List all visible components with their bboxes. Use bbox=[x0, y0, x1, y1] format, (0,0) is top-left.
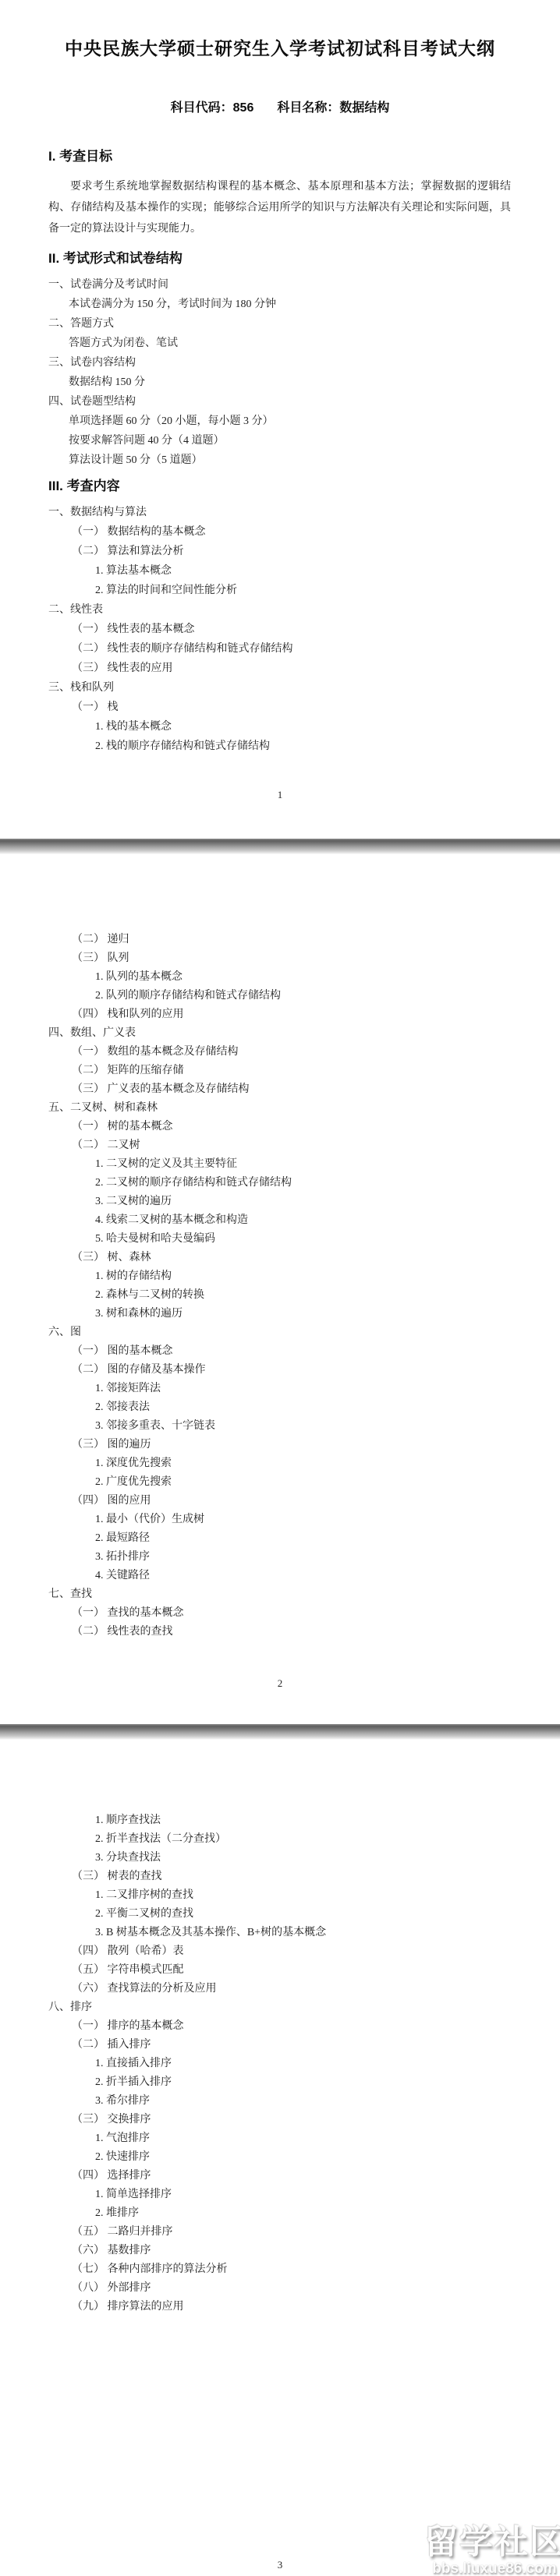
outline-item-level2: （一） 数组的基本概念及存储结构 bbox=[0, 1043, 560, 1062]
outline-item-level3: 2. 邻接表法 bbox=[0, 1398, 560, 1417]
outline-item-level2: （三） 树表的查找 bbox=[0, 1868, 560, 1886]
outline-item-level3: 4. 关键路径 bbox=[0, 1567, 560, 1585]
outline-item-level3: 1. 栈的基本概念 bbox=[0, 717, 560, 737]
paragraph-line: 算法设计题 50 分（5 道题） bbox=[0, 451, 560, 470]
outline-item-level2: （三） 交换排序 bbox=[0, 2111, 560, 2129]
outline-item-level2: （一） 线性表的基本概念 bbox=[0, 620, 560, 639]
page-content: （二） 递归（三） 队列1. 队列的基本概念2. 队列的顺序存储结构和链式存储结… bbox=[0, 931, 560, 1641]
outline-item-level3: 2. 最短路径 bbox=[0, 1529, 560, 1548]
outline-item-level2: （九） 排序算法的应用 bbox=[0, 2298, 560, 2316]
outline-item-level3: 2. 堆排序 bbox=[0, 2204, 560, 2223]
page-3: 1. 顺序查找法2. 折半查找法（二分查找）3. 分块查找法（三） 树表的查找1… bbox=[0, 1740, 560, 2576]
page-content: 中央民族大学硕士研究生入学考试初试科目考试大纲科目代码：856科目名称：数据结构… bbox=[0, 36, 560, 756]
section-heading: II. 考试形式和试卷结构 bbox=[48, 249, 560, 269]
outline-item-level3: 2. 平衡二叉树的查找 bbox=[0, 1905, 560, 1924]
outline-item-level2: （三） 队列 bbox=[0, 949, 560, 968]
outline-item-level2: （六） 基数排序 bbox=[0, 2242, 560, 2260]
outline-item-level1: 二、线性表 bbox=[0, 600, 560, 620]
outline-item-level2: （三） 图的遍历 bbox=[0, 1436, 560, 1454]
outline-item-level3: 3. 邻接多重表、十字链表 bbox=[0, 1417, 560, 1436]
paragraph-line: 本试卷满分为 150 分，考试时间为 180 分钟 bbox=[0, 295, 560, 314]
subject-code: 科目代码：856 bbox=[171, 100, 254, 117]
section-heading: III. 考查内容 bbox=[48, 476, 560, 496]
outline-item-level1: 四、数组、广义表 bbox=[0, 1024, 560, 1043]
outline-item-level3: 2. 折半查找法（二分查找） bbox=[0, 1830, 560, 1849]
page-number: 3 bbox=[0, 2559, 560, 2571]
outline-item-level2: （二） 二叉树 bbox=[0, 1136, 560, 1155]
outline-item-level1: 八、排序 bbox=[0, 1998, 560, 2017]
outline-item-level3: 1. 二叉排序树的查找 bbox=[0, 1886, 560, 1905]
outline-item-level3: 3. 希尔排序 bbox=[0, 2092, 560, 2111]
outline-item-level2: （二） 线性表的顺序存储结构和链式存储结构 bbox=[0, 639, 560, 659]
page-separator bbox=[0, 839, 560, 854]
outline-item-level2: （四） 图的应用 bbox=[0, 1492, 560, 1511]
outline-item-level3: 1. 气泡排序 bbox=[0, 2129, 560, 2148]
outline-item-level2: （二） 算法和算法分析 bbox=[0, 542, 560, 561]
paragraph-line: 单项选择题 60 分（20 小题，每小题 3 分） bbox=[0, 412, 560, 431]
outline-item-level2: （一） 排序的基本概念 bbox=[0, 2017, 560, 2036]
outline-item-level2: （二） 线性表的查找 bbox=[0, 1623, 560, 1641]
paragraph-line: 按要求解答问题 40 分（4 道题） bbox=[0, 431, 560, 451]
outline-item-level2: （三） 树、森林 bbox=[0, 1249, 560, 1267]
outline-item-level3: 2. 二叉树的顺序存储结构和链式存储结构 bbox=[0, 1174, 560, 1193]
outline-item-level3: 5. 哈夫曼树和哈夫曼编码 bbox=[0, 1230, 560, 1249]
outline-item-level2: （三） 线性表的应用 bbox=[0, 659, 560, 678]
outline-item-level3: 2. 森林与二叉树的转换 bbox=[0, 1286, 560, 1305]
outline-item-level3: 2. 快速排序 bbox=[0, 2148, 560, 2167]
watermark-brand-text: 留学社区 bbox=[424, 2526, 560, 2560]
outline-item-level3: 4. 线索二叉树的基本概念和构造 bbox=[0, 1211, 560, 1230]
outline-item-level2: （七） 各种内部排序的算法分析 bbox=[0, 2260, 560, 2279]
document-viewer: 中央民族大学硕士研究生入学考试初试科目考试大纲科目代码：856科目名称：数据结构… bbox=[0, 0, 560, 2576]
outline-item-level2: （一） 栈 bbox=[0, 698, 560, 717]
outline-item-level3: 1. 算法基本概念 bbox=[0, 561, 560, 581]
outline-item-level3: 1. 简单选择排序 bbox=[0, 2186, 560, 2204]
outline-item-level2: （一） 图的基本概念 bbox=[0, 1342, 560, 1361]
outline-item-level1: 三、试卷内容结构 bbox=[0, 353, 560, 373]
outline-item-level1: 三、栈和队列 bbox=[0, 678, 560, 698]
outline-item-level3: 1. 二叉树的定义及其主要特征 bbox=[0, 1155, 560, 1174]
outline-item-level3: 3. B 树基本概念及其基本操作、B+树的基本概念 bbox=[0, 1924, 560, 1942]
outline-item-level3: 2. 广度优先搜索 bbox=[0, 1473, 560, 1492]
outline-item-level3: 3. 分块查找法 bbox=[0, 1849, 560, 1868]
paragraph-line: 数据结构 150 分 bbox=[0, 373, 560, 392]
outline-item-level2: （一） 查找的基本概念 bbox=[0, 1604, 560, 1623]
outline-item-level2: （六） 查找算法的分析及应用 bbox=[0, 1980, 560, 1998]
outline-item-level3: 2. 折半插入排序 bbox=[0, 2073, 560, 2092]
subject-name: 科目名称：数据结构 bbox=[277, 100, 389, 117]
outline-item-level2: （二） 递归 bbox=[0, 931, 560, 949]
outline-item-level3: 1. 最小（代价）生成树 bbox=[0, 1511, 560, 1529]
outline-item-level3: 1. 深度优先搜索 bbox=[0, 1454, 560, 1473]
section-heading: I. 考查目标 bbox=[48, 147, 560, 167]
outline-item-level1: 七、查找 bbox=[0, 1585, 560, 1604]
outline-item-level3: 3. 树和森林的遍历 bbox=[0, 1305, 560, 1323]
outline-item-level2: （五） 字符串模式匹配 bbox=[0, 1961, 560, 1980]
outline-item-level2: （八） 外部排序 bbox=[0, 2279, 560, 2298]
outline-item-level2: （二） 插入排序 bbox=[0, 2036, 560, 2055]
outline-item-level3: 1. 树的存储结构 bbox=[0, 1267, 560, 1286]
page-separator bbox=[0, 1724, 560, 1740]
outline-item-level3: 2. 栈的顺序存储结构和链式存储结构 bbox=[0, 737, 560, 756]
outline-item-level3: 3. 拓扑排序 bbox=[0, 1548, 560, 1567]
outline-item-level2: （一） 数据结构的基本概念 bbox=[0, 522, 560, 542]
outline-item-level2: （二） 矩阵的压缩存储 bbox=[0, 1062, 560, 1080]
subject-line: 科目代码：856科目名称：数据结构 bbox=[0, 100, 560, 117]
outline-item-level2: （五） 二路归并排序 bbox=[0, 2223, 560, 2242]
outline-item-level3: 2. 算法的时间和空间性能分析 bbox=[0, 581, 560, 600]
outline-item-level2: （四） 散列（哈希）表 bbox=[0, 1942, 560, 1961]
page-content: 1. 顺序查找法2. 折半查找法（二分查找）3. 分块查找法（三） 树表的查找1… bbox=[0, 1811, 560, 2316]
page-1: 中央民族大学硕士研究生入学考试初试科目考试大纲科目代码：856科目名称：数据结构… bbox=[0, 0, 560, 839]
outline-item-level1: 四、试卷题型结构 bbox=[0, 392, 560, 412]
outline-item-level3: 3. 二叉树的遍历 bbox=[0, 1193, 560, 1211]
outline-item-level3: 1. 邻接矩阵法 bbox=[0, 1380, 560, 1398]
document-title: 中央民族大学硕士研究生入学考试初试科目考试大纲 bbox=[0, 36, 560, 61]
outline-item-level2: （四） 选择排序 bbox=[0, 2167, 560, 2186]
outline-item-level1: 六、图 bbox=[0, 1323, 560, 1342]
outline-item-level3: 1. 队列的基本概念 bbox=[0, 968, 560, 987]
outline-item-level1: 一、数据结构与算法 bbox=[0, 503, 560, 522]
outline-item-level3: 2. 队列的顺序存储结构和链式存储结构 bbox=[0, 987, 560, 1005]
paragraph: 要求考生系统地掌握数据结构课程的基本概念、基本原理和基本方法；掌握数据的逻辑结构… bbox=[48, 176, 511, 239]
outline-item-level2: （二） 图的存储及基本操作 bbox=[0, 1361, 560, 1380]
outline-item-level2: （三） 广义表的基本概念及存储结构 bbox=[0, 1080, 560, 1099]
outline-item-level2: （四） 栈和队列的应用 bbox=[0, 1005, 560, 1024]
outline-item-level3: 1. 直接插入排序 bbox=[0, 2055, 560, 2073]
outline-item-level1: 五、二叉树、树和森林 bbox=[0, 1099, 560, 1118]
outline-item-level1: 一、试卷满分及考试时间 bbox=[0, 275, 560, 295]
paragraph-line: 答题方式为闭卷、笔试 bbox=[0, 334, 560, 353]
outline-item-level1: 二、答题方式 bbox=[0, 314, 560, 334]
outline-item-level2: （一） 树的基本概念 bbox=[0, 1118, 560, 1136]
page-2: （二） 递归（三） 队列1. 队列的基本概念2. 队列的顺序存储结构和链式存储结… bbox=[0, 854, 560, 1724]
page-number: 2 bbox=[0, 1677, 560, 1690]
page-number: 1 bbox=[0, 789, 560, 801]
outline-item-level3: 1. 顺序查找法 bbox=[0, 1811, 560, 1830]
